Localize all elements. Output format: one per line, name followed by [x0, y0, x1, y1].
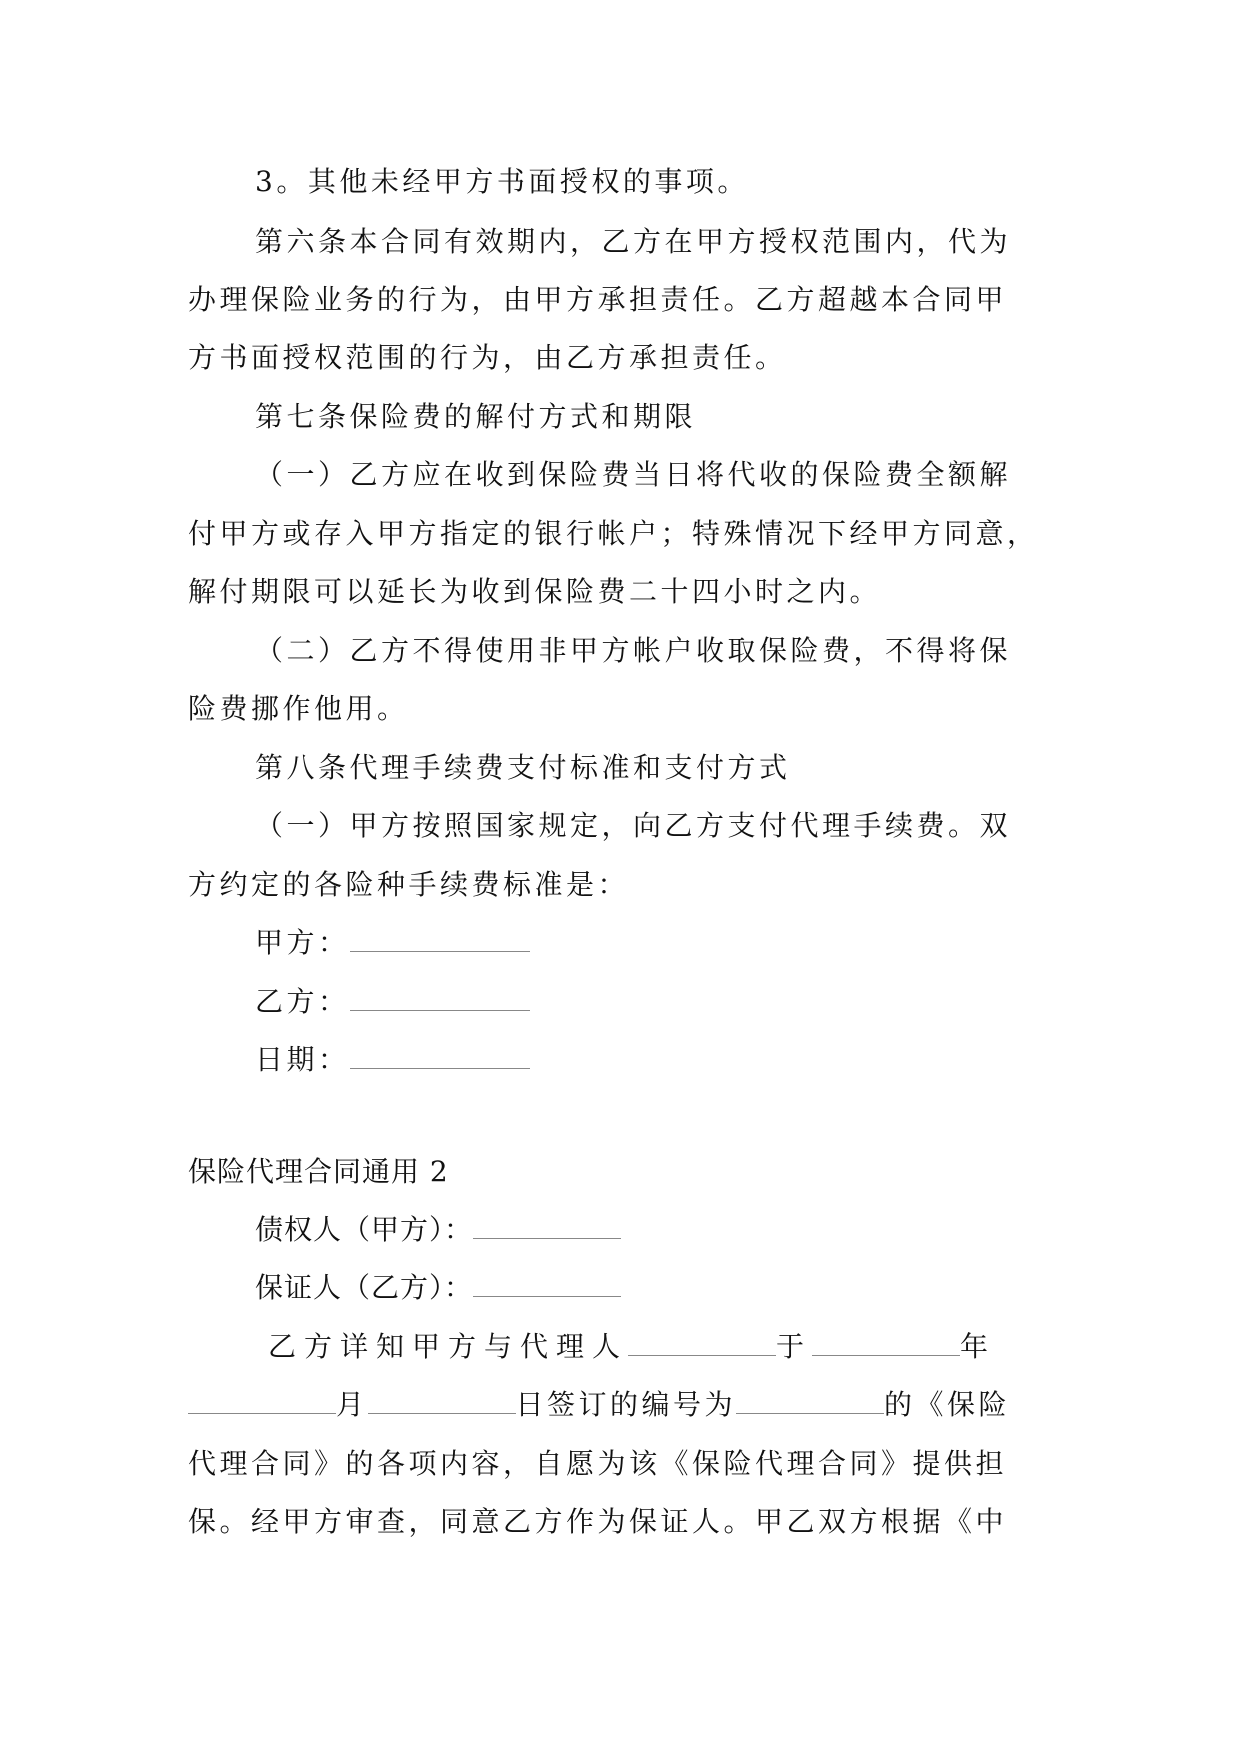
text-line: 代理合同》的各项内容，自愿为该《保险代理合同》提供担 [188, 1444, 1007, 1484]
blank-field[interactable] [812, 1329, 960, 1356]
text-line: 方书面授权范围的行为，由乙方承担责任。 [188, 338, 787, 378]
creditor-field: 债权人（甲方）： [255, 1210, 621, 1250]
text-span: 年 [960, 1330, 996, 1363]
field-label: 债权人（甲方）： [255, 1213, 473, 1246]
blank-field[interactable] [350, 925, 530, 952]
signature-party-b: 乙方： [255, 982, 530, 1022]
text-span: 月 [336, 1388, 368, 1421]
blank-field[interactable] [628, 1329, 776, 1356]
text-line: 付甲方或存入甲方指定的银行帐户；特殊情况下经甲方同意， [188, 514, 1039, 554]
article-heading: 第七条保险费的解付方式和期限 [255, 397, 696, 437]
text-line: 第六条本合同有效期内，乙方在甲方授权范围内，代为 [255, 222, 1011, 262]
blank-field[interactable] [350, 1042, 530, 1069]
blank-field[interactable] [473, 1270, 621, 1297]
text-line: 解付期限可以延长为收到保险费二十四小时之内。 [188, 572, 881, 612]
blank-field[interactable] [188, 1387, 336, 1414]
guarantor-field: 保证人（乙方）： [255, 1268, 621, 1308]
field-label: 保证人（乙方）： [255, 1271, 473, 1304]
text-line: 月日签订的编号为的《保险 [188, 1385, 1010, 1425]
section-title: 保险代理合同通用 2 [188, 1152, 449, 1192]
text-line: 3。其他未经甲方书面授权的事项。 [255, 162, 749, 202]
text-line: 乙方详知甲方与代理人于年 [268, 1327, 996, 1367]
article-heading: 第八条代理手续费支付标准和支付方式 [255, 748, 791, 788]
blank-field[interactable] [368, 1387, 516, 1414]
text-span: 的《保险 [884, 1388, 1010, 1421]
blank-field[interactable] [350, 984, 530, 1011]
field-label: 日期： [255, 1043, 350, 1076]
text-line: 方约定的各险种手续费标准是： [188, 865, 629, 905]
signature-party-a: 甲方： [255, 923, 530, 963]
blank-field[interactable] [736, 1387, 884, 1414]
text-line: （一）甲方按照国家规定，向乙方支付代理手续费。双 [255, 806, 1011, 846]
field-label: 甲方： [255, 926, 350, 959]
field-label: 乙方： [255, 985, 350, 1018]
text-line: （一）乙方应在收到保险费当日将代收的保险费全额解 [255, 455, 1011, 495]
text-span: 乙方详知甲方与代理人 [268, 1330, 628, 1363]
blank-field[interactable] [473, 1212, 621, 1239]
text-line: （二）乙方不得使用非甲方帐户收取保险费，不得将保 [255, 631, 1011, 671]
text-line: 保。经甲方审查，同意乙方作为保证人。甲乙双方根据《中 [188, 1502, 1007, 1542]
text-line: 办理保险业务的行为，由甲方承担责任。乙方超越本合同甲 [188, 280, 1007, 320]
text-span: 日签订的编号为 [516, 1388, 737, 1421]
signature-date: 日期： [255, 1040, 530, 1080]
text-line: 险费挪作他用。 [188, 689, 409, 729]
text-span: 于 [776, 1330, 812, 1363]
